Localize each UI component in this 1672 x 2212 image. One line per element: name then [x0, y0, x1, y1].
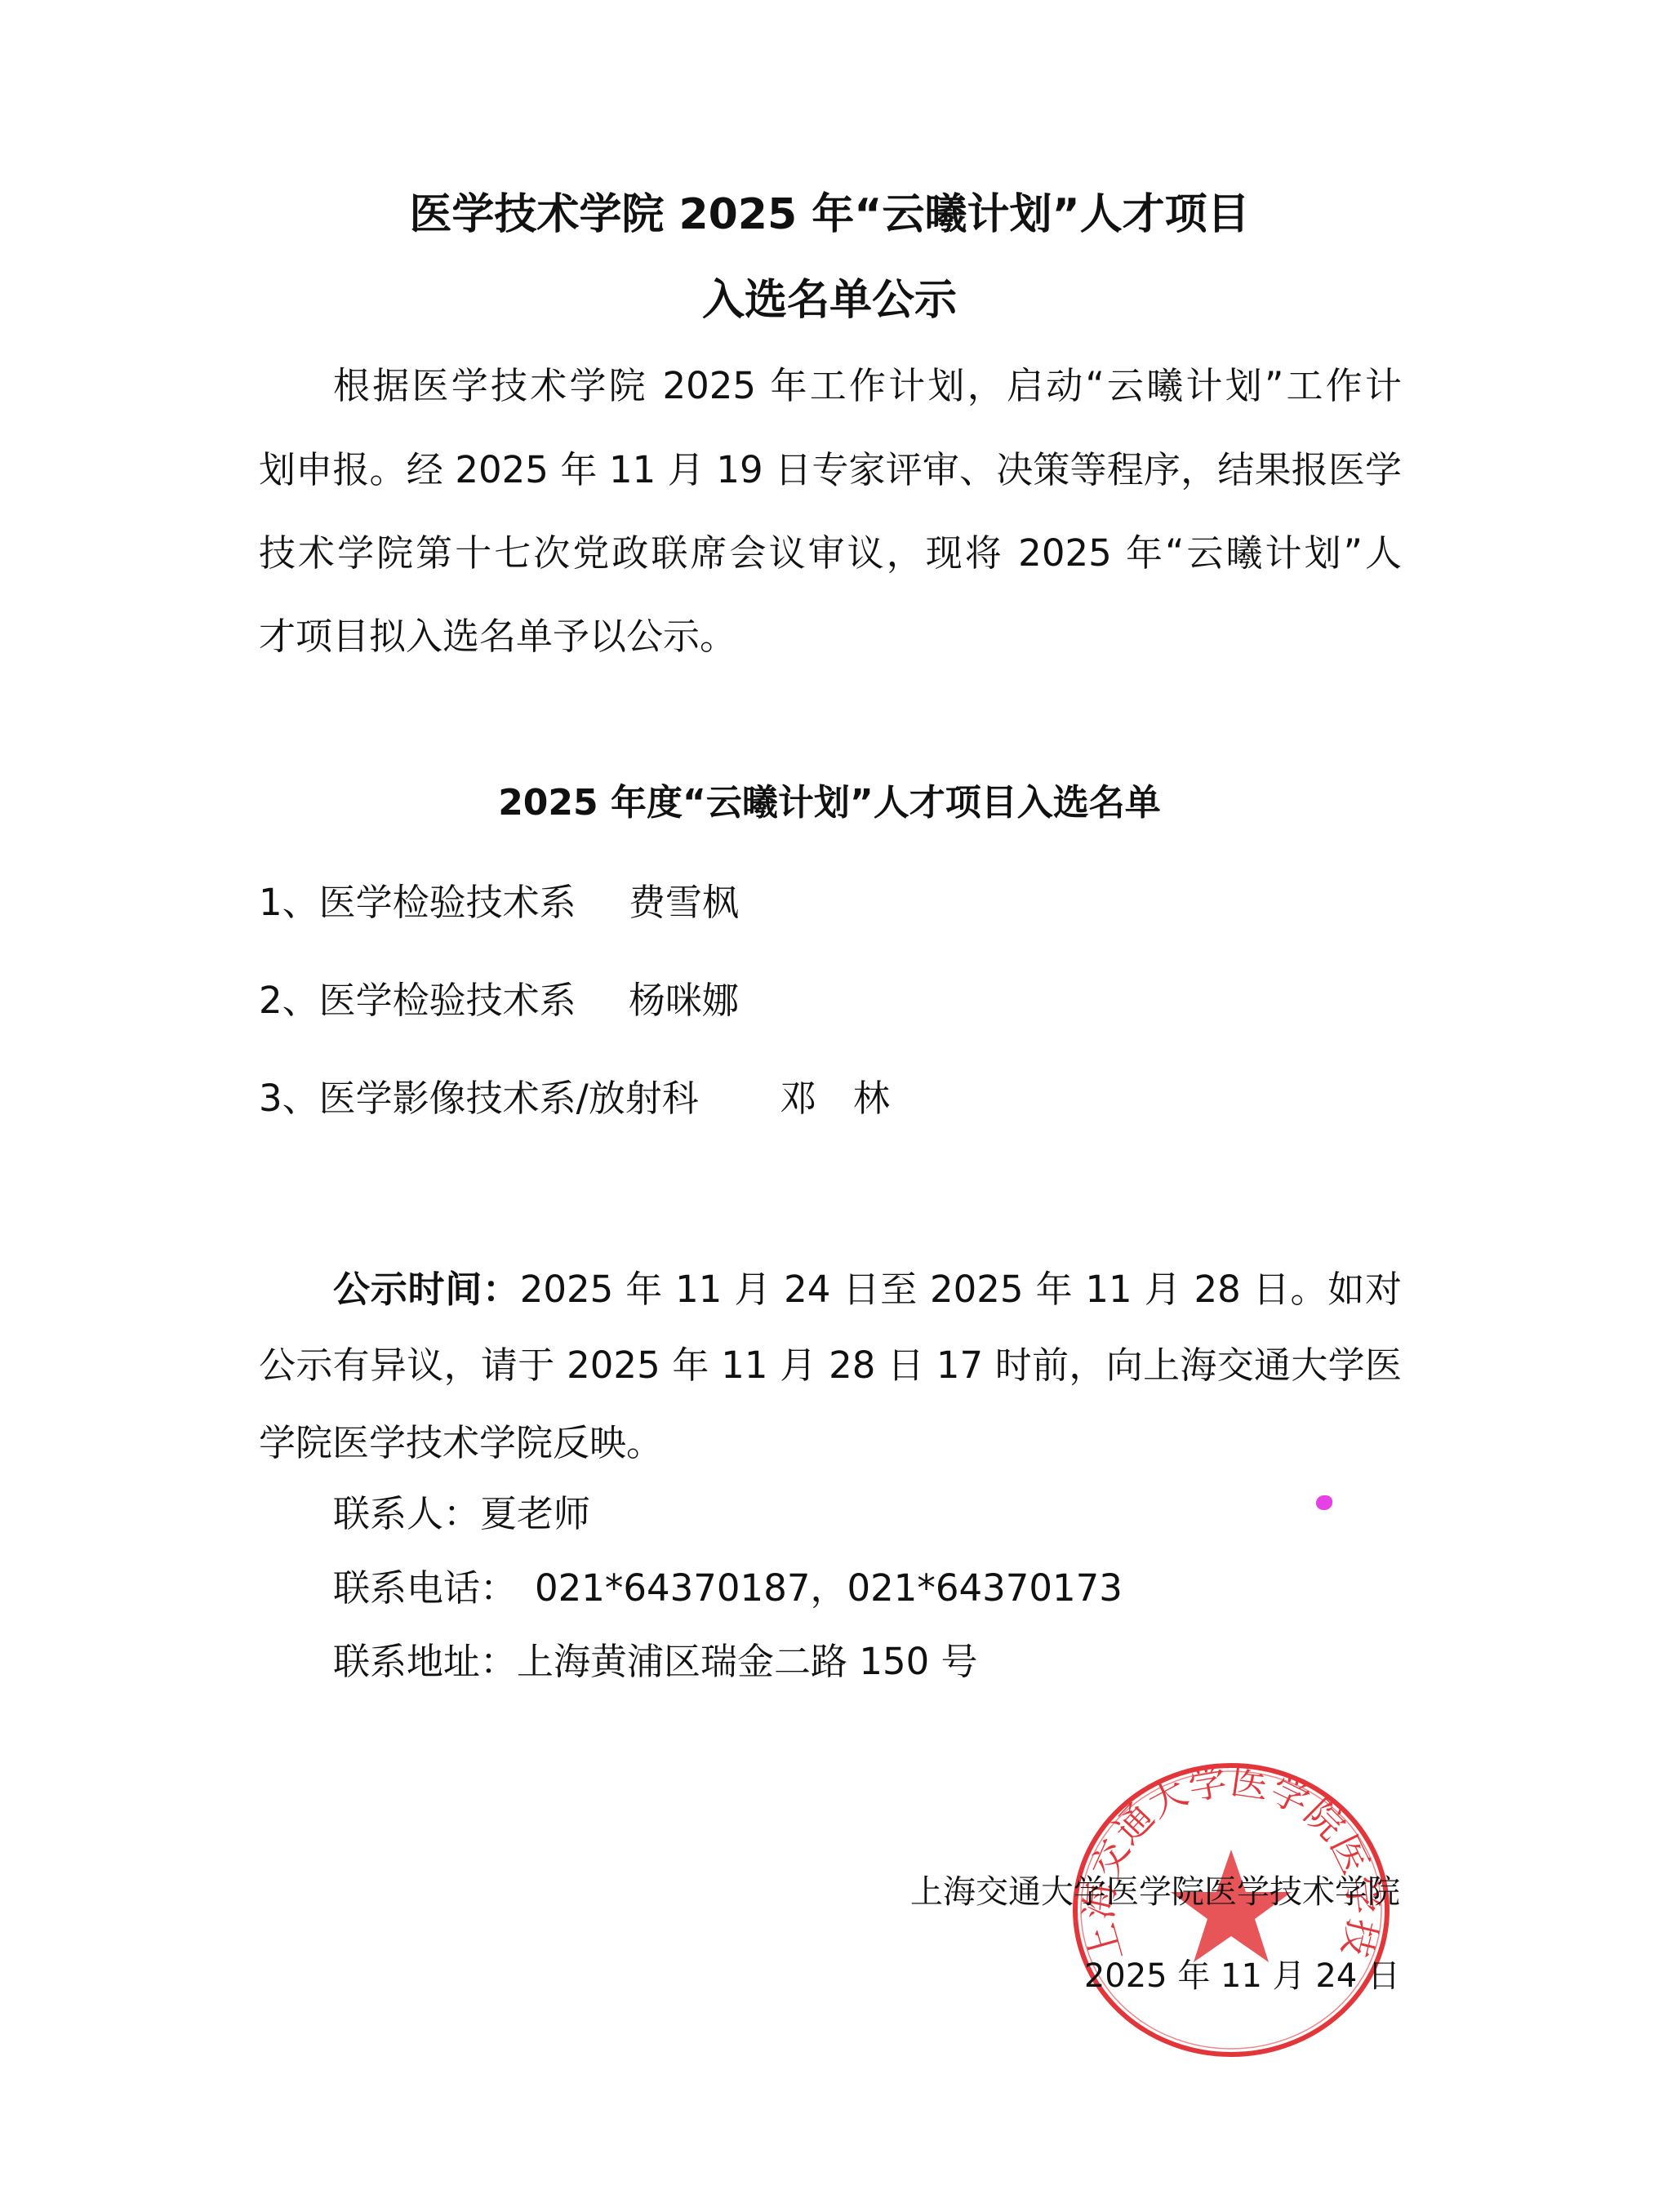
list-item-department: 医学检验技术系 — [319, 982, 576, 1019]
list-item: 1、医学检验技术系 费雪枫 — [259, 884, 576, 921]
intro-line: 才项目拟入选名单予以公示。 — [259, 618, 1402, 655]
document-page: 医学技术学院 2025 年“云曦计划”人才项目 入选名单公示 根据医学技术学院 … — [0, 0, 1672, 2212]
list-item-department: 医学影像技术系/放射科 — [319, 1080, 699, 1117]
list-item-name: 杨咪娜 — [629, 982, 739, 1019]
intro-line: 划申报。经 2025 年 11 月 19 日专家评审、决策等程序，结果报医学 — [259, 451, 1402, 488]
notice-period: 2025 年 11 月 24 日至 2025 年 11 月 28 日。如对 — [520, 1268, 1402, 1311]
contact-person: 联系人：夏老师 — [333, 1495, 590, 1532]
list-item-index: 1、 — [259, 881, 319, 924]
contact-address: 联系地址：上海黄浦区瑞金二路 150 号 — [333, 1643, 978, 1680]
signature-organization: 上海交通大学医学院医学技术学院 — [910, 1876, 1400, 1908]
scan-artifact — [1316, 1495, 1332, 1510]
contact-phone: 联系电话：021*64370187，021*64370173 — [333, 1570, 1123, 1606]
list-title: 2025 年度“云曦计划”人才项目入选名单 — [0, 785, 1659, 821]
list-item-name: 邓 林 — [780, 1080, 890, 1117]
contact-person-value: 夏老师 — [480, 1492, 590, 1535]
contact-phone-value: 021*64370187，021*64370173 — [517, 1566, 1123, 1610]
intro-line: 技术学院第十七次党政联席会议审议，现将 2025 年“云曦计划”人 — [259, 535, 1402, 571]
contact-address-value: 上海黄浦区瑞金二路 150 号 — [517, 1640, 978, 1683]
document-title: 医学技术学院 2025 年“云曦计划”人才项目 — [0, 193, 1659, 236]
list-item: 3、医学影像技术系/放射科 邓 林 — [259, 1080, 699, 1117]
list-item-index: 2、 — [259, 979, 319, 1022]
contact-address-label: 联系地址： — [333, 1640, 517, 1683]
signature-date: 2025 年 11 月 24 日 — [1084, 1960, 1400, 1992]
list-item: 2、医学检验技术系 杨咪娜 — [259, 982, 576, 1019]
list-item-index: 3、 — [259, 1077, 319, 1120]
contact-person-label: 联系人： — [333, 1492, 480, 1535]
contact-phone-label: 联系电话： — [333, 1566, 517, 1610]
list-item-department: 医学检验技术系 — [319, 884, 576, 921]
notice-line: 公示时间：2025 年 11 月 24 日至 2025 年 11 月 28 日。… — [333, 1271, 1402, 1308]
notice-line: 公示有异议，请于 2025 年 11 月 28 日 17 时前，向上海交通大学医 — [259, 1347, 1402, 1384]
notice-label: 公示时间： — [333, 1268, 520, 1311]
intro-line: 根据医学技术学院 2025 年工作计划，启动“云曦计划”工作计 — [333, 367, 1402, 404]
document-subtitle: 入选名单公示 — [0, 279, 1659, 322]
list-item-name: 费雪枫 — [629, 884, 739, 921]
notice-line: 学院医学技术学院反映。 — [259, 1424, 1402, 1461]
